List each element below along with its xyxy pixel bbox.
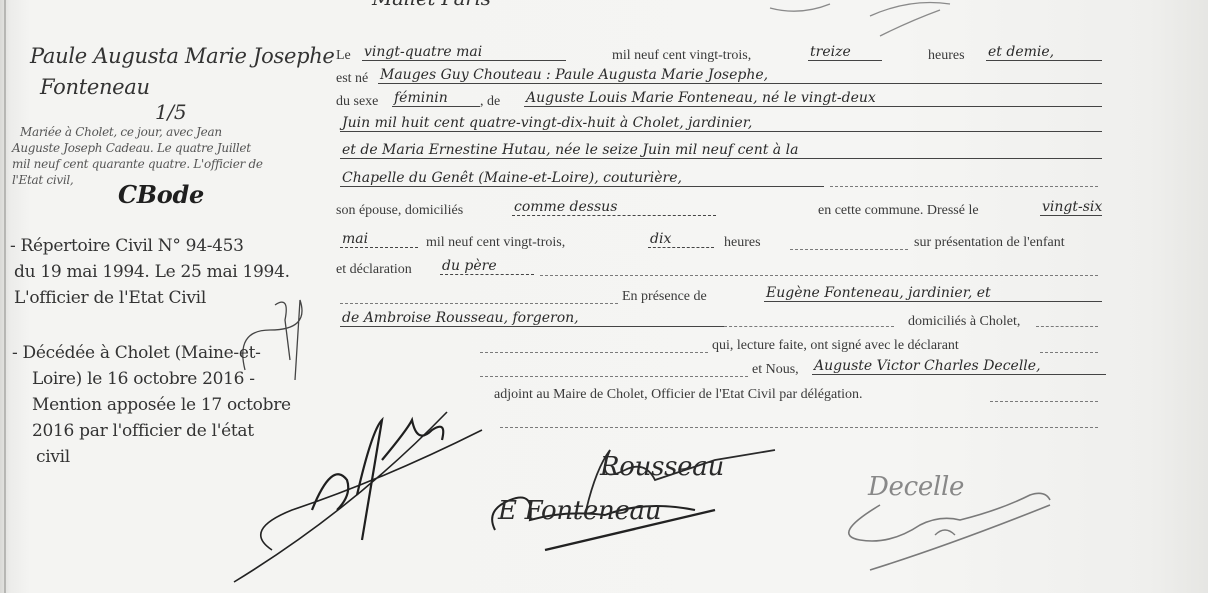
blank-line xyxy=(1036,326,1098,327)
civil-record-page: Mallet Paris Paule Augusta Marie Josephe… xyxy=(0,0,1208,593)
witness-signature-large xyxy=(232,400,512,593)
margin-record-number: 1/5 xyxy=(155,100,186,124)
printed-commune: en cette commune. Dressé le xyxy=(818,203,979,219)
blank-line xyxy=(1040,352,1098,353)
printed-year-1: mil neuf cent vingt-trois, xyxy=(612,48,751,64)
blank-line xyxy=(340,303,618,304)
child-full-name: Mauges Guy Chouteau : Paule Augusta Mari… xyxy=(378,67,1102,84)
top-signature-fragment xyxy=(760,0,960,41)
drawn-up-day: vingt-six xyxy=(1040,199,1102,216)
printed-heures-2: heures xyxy=(724,235,761,251)
printed-et-nous: et Nous, xyxy=(752,362,799,378)
printed-en-presence: En présence de xyxy=(622,289,707,305)
printed-declaration: et déclaration xyxy=(336,262,412,278)
blank-line xyxy=(480,376,748,377)
mother-birthplace-occupation: Chapelle du Genêt (Maine-et-Loire), cout… xyxy=(340,170,824,187)
signature-fonteneau xyxy=(485,430,785,545)
marriage-note-line4: l'Etat civil, xyxy=(12,173,73,187)
margin-child-name-line2: Fonteneau xyxy=(40,75,150,99)
printed-son-epouse: son épouse, domiciliés xyxy=(336,203,463,219)
blank-line xyxy=(790,249,908,250)
printed-est-ne: est né xyxy=(336,71,368,87)
marriage-note-line3: mil neuf cent quarante quatre. L'officie… xyxy=(12,157,263,171)
blank-line xyxy=(830,186,1098,187)
officer-name: Auguste Victor Charles Decelle, xyxy=(812,358,1106,375)
repertoire-note-line3: L'officier de l'Etat Civil xyxy=(14,288,206,308)
printed-le: Le xyxy=(336,48,351,64)
drawn-up-month: mai xyxy=(340,231,418,248)
witness-1: Eugène Fonteneau, jardinier, et xyxy=(764,285,1102,302)
repertoire-note-line2: du 19 mai 1994. Le 25 mai 1994. xyxy=(14,262,290,282)
marriage-officer-signature: CBode xyxy=(118,180,204,209)
blank-line xyxy=(500,427,1098,428)
signature-decelle-text: Decelle xyxy=(868,472,964,502)
death-note-line1: - Décédée à Cholet (Maine-et- xyxy=(12,343,261,363)
father-name-birth: Auguste Louis Marie Fonteneau, né le vin… xyxy=(524,90,1102,107)
printed-year-2: mil neuf cent vingt-trois, xyxy=(426,235,565,251)
printed-heures-1: heures xyxy=(928,48,965,64)
signature-rousseau: Rousseau xyxy=(600,452,724,482)
repertoire-note-line1: - Répertoire Civil N° 94-453 xyxy=(10,236,244,256)
birth-hour-extra: et demie, xyxy=(986,44,1102,61)
printed-lecture-faite: qui, lecture faite, ont signé avec le dé… xyxy=(712,338,959,354)
residence: comme dessus xyxy=(512,199,716,216)
father-birth-details: Juin mil huit cent quatre-vingt-dix-huit… xyxy=(340,115,1102,132)
printed-adjoint: adjoint au Maire de Cholet, Officier de … xyxy=(494,387,862,403)
blank-line xyxy=(724,326,894,327)
declarant: du père xyxy=(440,258,534,275)
mother-name-birth: et de Maria Ernestine Hutau, née le seiz… xyxy=(340,142,1102,159)
printed-du-sexe: du sexe xyxy=(336,94,378,110)
page-binding-edge xyxy=(4,0,6,593)
death-note-line5: civil xyxy=(36,447,70,467)
printed-presentation: sur présentation de l'enfant xyxy=(914,235,1065,251)
marriage-note-line1: Mariée à Cholet, ce jour, avec Jean xyxy=(20,125,222,139)
birth-date-day: vingt-quatre mai xyxy=(362,44,566,61)
blank-line xyxy=(480,352,708,353)
birth-hour: treize xyxy=(808,44,882,61)
witness-2: de Ambroise Rousseau, forgeron, xyxy=(340,310,724,327)
printed-domicilies: domiciliés à Cholet, xyxy=(908,314,1020,330)
printed-de: , de xyxy=(480,94,500,110)
child-sex: féminin xyxy=(392,90,480,107)
drawn-up-hour: dix xyxy=(648,231,714,248)
blank-line xyxy=(990,401,1098,402)
marriage-note-line2: Auguste Joseph Cadeau. Le quatre Juillet xyxy=(12,141,251,155)
death-note-line4: 2016 par l'officier de l'état xyxy=(32,421,254,441)
margin-child-name-line1: Paule Augusta Marie Josephe xyxy=(30,44,335,68)
blank-line xyxy=(540,275,1098,276)
signature-fonteneau-text: E Fonteneau xyxy=(498,496,661,526)
death-note-line2: Loire) le 16 octobre 2016 - xyxy=(32,369,255,389)
top-fragment-text: Mallet Paris xyxy=(372,0,491,10)
